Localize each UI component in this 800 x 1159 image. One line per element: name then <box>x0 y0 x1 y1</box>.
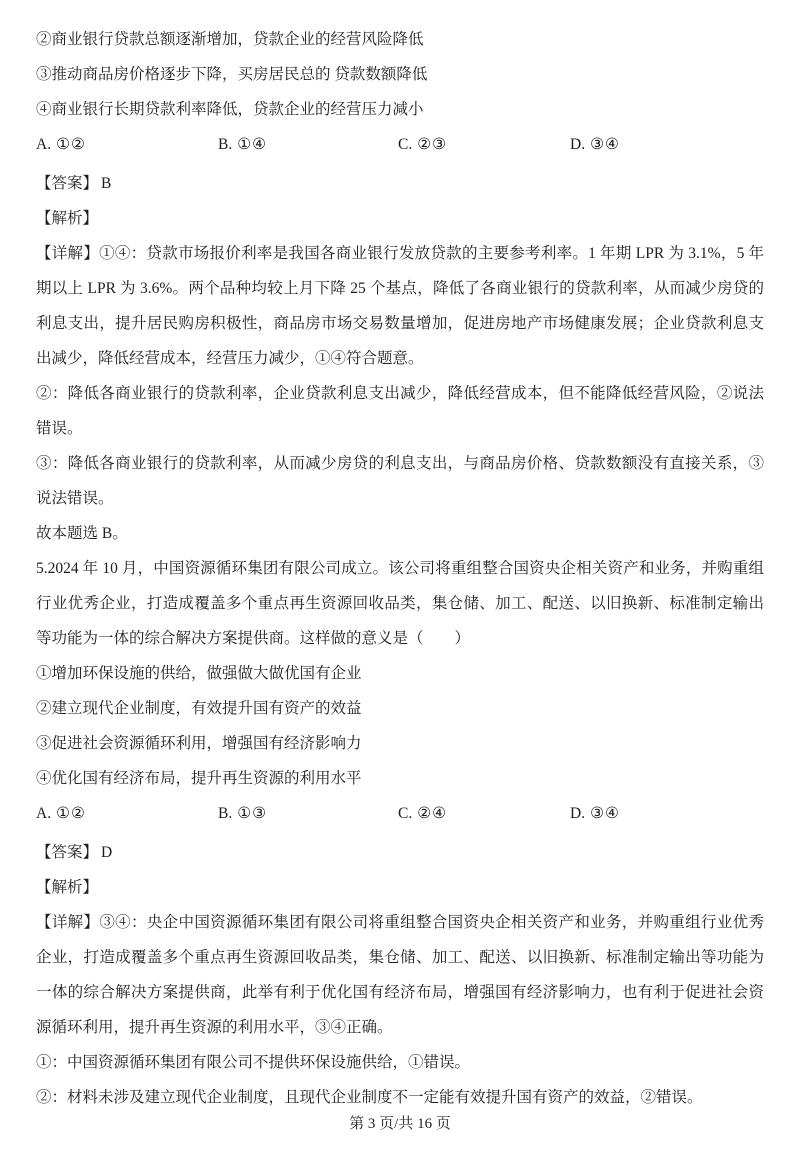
q5-analysis-label: 【解析】 <box>36 870 764 905</box>
q5-statement-1: ①增加环保设施的供给，做强做大做优国有企业 <box>36 656 764 691</box>
q5-stem: 5.2024 年 10 月，中国资源循环集团有限公司成立。该公司将重组整合国资央… <box>36 551 764 656</box>
q4-answer-label: 【答案】 <box>36 175 98 192</box>
q5-answer-label: 【答案】 <box>36 844 98 861</box>
q4-answer-line: 【答案】B <box>36 166 764 201</box>
q4-option-a-value: ①② <box>56 136 86 153</box>
q5-point-2: ②：材料未涉及建立现代企业制度，且现代企业制度不一定能有效提升国有资产的效益，②… <box>36 1080 764 1115</box>
q5-statement-3: ③促进社会资源循环利用，增强国有经济影响力 <box>36 726 764 761</box>
q5-option-a-value: ①② <box>56 805 86 822</box>
q5-option-d: D.③④ <box>570 796 764 831</box>
q4-analysis-label: 【解析】 <box>36 201 764 236</box>
q4-option-b-label: B. <box>218 136 232 153</box>
q5-option-d-value: ③④ <box>590 805 620 822</box>
question-5-block: 5.2024 年 10 月，中国资源循环集团有限公司成立。该公司将重组整合国资央… <box>36 551 764 1115</box>
q5-option-b-value: ①③ <box>237 805 267 822</box>
q5-option-a: A.①② <box>36 796 218 831</box>
q4-conclusion: 故本题选 B。 <box>36 516 764 551</box>
q5-option-c: C.②④ <box>398 796 570 831</box>
q4-option-a-label: A. <box>36 136 51 153</box>
q4-option-c-label: C. <box>398 136 412 153</box>
q4-option-d-label: D. <box>570 136 585 153</box>
q4-option-c: C.②③ <box>398 127 570 162</box>
q4-option-b-value: ①④ <box>237 136 267 153</box>
q4-point-3: ③：降低各商业银行的贷款利率，从而减少房贷的利息支出，与商品房价格、贷款数额没有… <box>36 446 764 516</box>
q5-options-row: A.①② B.①③ C.②④ D.③④ <box>36 796 764 831</box>
q4-option-c-value: ②③ <box>417 136 447 153</box>
q5-answer-line: 【答案】D <box>36 835 764 870</box>
q4-options-row: A.①② B.①④ C.②③ D.③④ <box>36 127 764 162</box>
q5-answer-value: D <box>101 844 112 861</box>
q4-answer-value: B <box>101 175 111 192</box>
q4-option-d: D.③④ <box>570 127 764 162</box>
q4-option-b: B.①④ <box>218 127 398 162</box>
q5-statement-4: ④优化国有经济布局，提升再生资源的利用水平 <box>36 761 764 796</box>
q5-statement-2: ②建立现代企业制度，有效提升国有资产的效益 <box>36 691 764 726</box>
q4-statement-2: ②商业银行贷款总额逐渐增加，贷款企业的经营风险降低 <box>36 22 764 57</box>
q5-option-b: B.①③ <box>218 796 398 831</box>
q5-option-c-label: C. <box>398 805 412 822</box>
q4-option-d-value: ③④ <box>590 136 620 153</box>
q5-option-d-label: D. <box>570 805 585 822</box>
q5-option-c-value: ②④ <box>417 805 447 822</box>
question-4-block: ②商业银行贷款总额逐渐增加，贷款企业的经营风险降低 ③推动商品房价格逐步下降，买… <box>36 22 764 551</box>
q5-detail-paragraph: 【详解】③④：央企中国资源循环集团有限公司将重组整合国资央企相关资产和业务，并购… <box>36 905 764 1045</box>
q5-option-a-label: A. <box>36 805 51 822</box>
q4-statement-4: ④商业银行长期贷款利率降低，贷款企业的经营压力减小 <box>36 92 764 127</box>
q5-point-1: ①：中国资源循环集团有限公司不提供环保设施供给，①错误。 <box>36 1045 764 1080</box>
q5-option-b-label: B. <box>218 805 232 822</box>
q4-point-2: ②：降低各商业银行的贷款利率，企业贷款利息支出减少，降低经营成本，但不能降低经营… <box>36 376 764 446</box>
page-footer: 第 3 页/共 16 页 <box>0 1115 800 1133</box>
document-page: ②商业银行贷款总额逐渐增加，贷款企业的经营风险降低 ③推动商品房价格逐步下降，买… <box>0 0 800 1115</box>
q4-detail-paragraph: 【详解】①④：贷款市场报价利率是我国各商业银行发放贷款的主要参考利率。1 年期 … <box>36 236 764 376</box>
q4-option-a: A.①② <box>36 127 218 162</box>
q4-statement-3: ③推动商品房价格逐步下降，买房居民总的 贷款数额降低 <box>36 57 764 92</box>
